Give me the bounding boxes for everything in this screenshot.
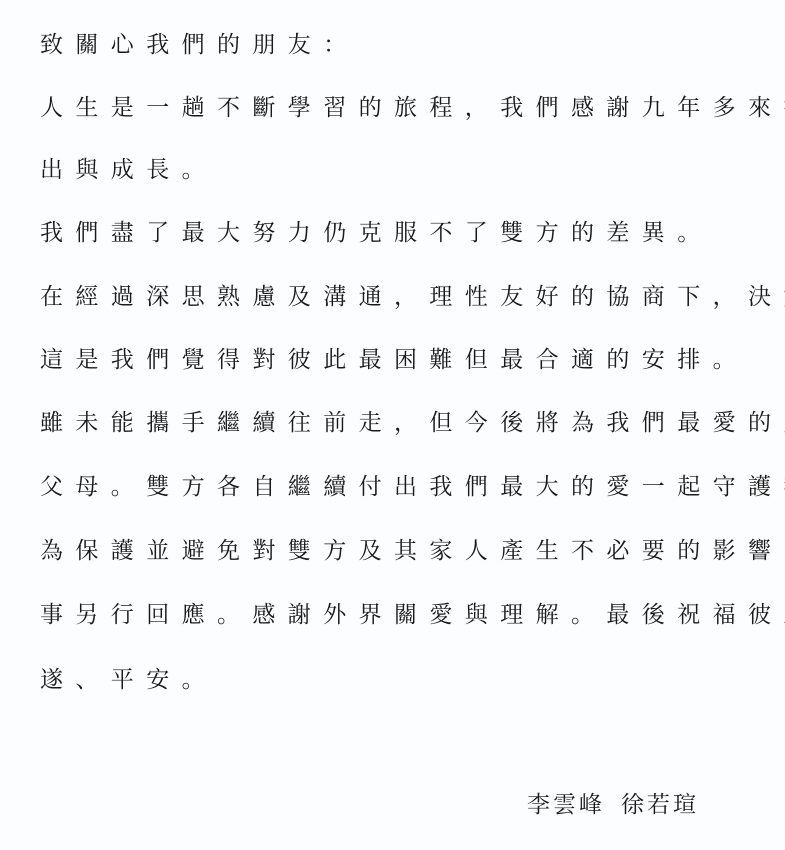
salutation: 致關心我們的朋友： [40, 30, 359, 60]
signature-2: 徐若瑄 [621, 792, 699, 818]
letter-line-10: 遂、平安。 [40, 665, 217, 695]
signature-block: 李雲峰徐若瑄 [527, 790, 699, 820]
letter-line-9: 事另行回應。感謝外界關愛與理解。最後祝福彼此及大家一切順 [40, 600, 785, 630]
letter-line-8: 為保護並避免對雙方及其家人產生不必要的影響，雙方將不再對此 [40, 536, 785, 566]
signature-1: 李雲峰 [527, 792, 605, 818]
letter-line-3: 我們盡了最大努力仍克服不了雙方的差異。 [40, 218, 713, 248]
letter-line-5: 這是我們覺得對彼此最困難但最合適的安排。 [40, 345, 748, 375]
letter-line-4: 在經過深思熟慮及溝通，理性友好的協商下，決定劃下婚姻句點。 [40, 282, 785, 312]
letter-line-7: 父母。雙方各自繼續付出我們最大的愛一起守護我們最愛的人。 [40, 472, 785, 502]
letter-line-2: 出與成長。 [40, 155, 217, 185]
letter-line-1: 人生是一趟不斷學習的旅程，我們感謝九年多來彼此在婚姻中的付 [40, 93, 785, 123]
letter-line-6: 雖未能攜手繼續往前走，但今後將為我們最愛的人擔任共同監護的 [40, 408, 785, 438]
